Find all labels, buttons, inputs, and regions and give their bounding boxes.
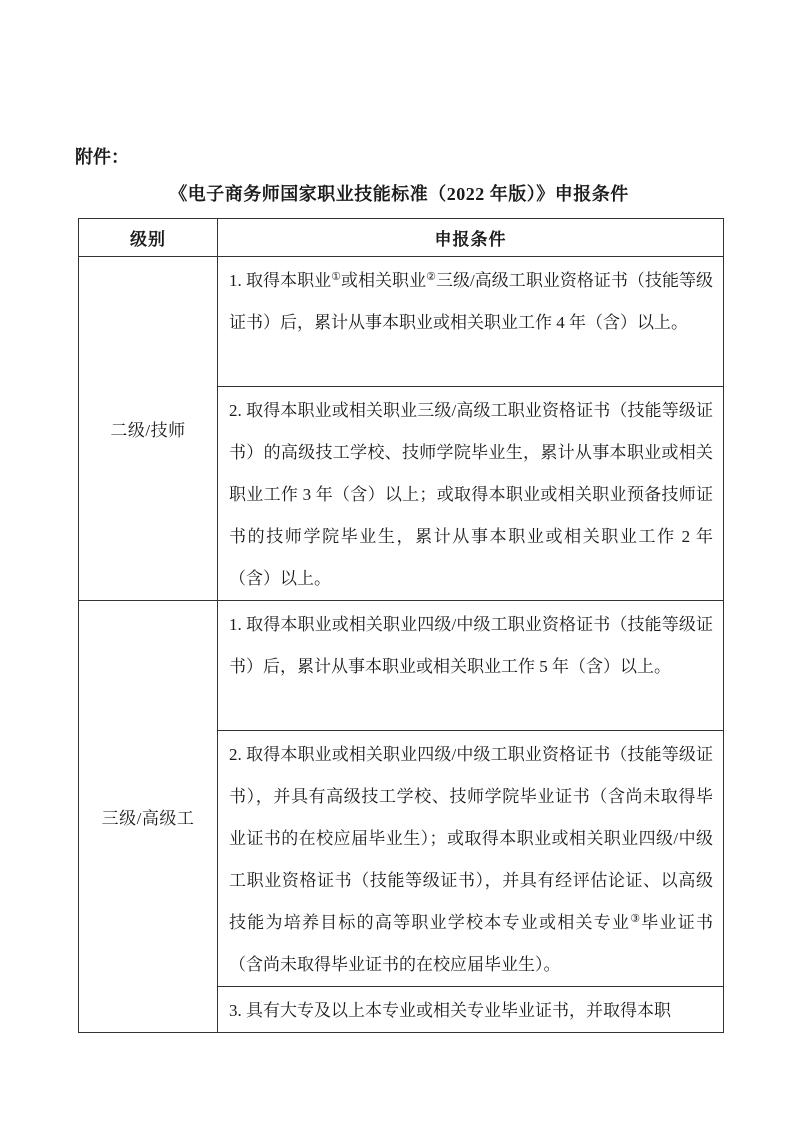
level-cell-level2-technician: 二级/技师 xyxy=(79,257,218,601)
table-header-row: 级别 申报条件 xyxy=(79,219,724,257)
document-page: 附件： 《电子商务师国家职业技能标准（2022 年版）》申报条件 级别 申报条件… xyxy=(0,0,800,1131)
condition-cell-level3-item1: 1. 取得本职业或相关职业四级/中级工职业资格证书（技能等级证书）后，累计从事本… xyxy=(218,601,724,731)
table-row: 二级/技师 1. 取得本职业①或相关职业②三级/高级工职业资格证书（技能等级证书… xyxy=(79,257,724,387)
condition-cell-level2-item2: 2. 取得本职业或相关职业三级/高级工职业资格证书（技能等级证书）的高级技工学校… xyxy=(218,387,724,601)
condition-cell-level3-item2: 2. 取得本职业或相关职业四级/中级工职业资格证书（技能等级证书），并具有高级技… xyxy=(218,731,724,987)
level-cell-level3-senior-worker: 三级/高级工 xyxy=(79,601,218,1033)
column-header-conditions: 申报条件 xyxy=(218,219,724,257)
column-header-level: 级别 xyxy=(79,219,218,257)
condition-cell-level3-item3-clipped: 3. 具有大专及以上本专业或相关专业毕业证书，并取得本职 xyxy=(218,987,724,1033)
attachment-label: 附件： xyxy=(75,146,723,168)
document-title: 《电子商务师国家职业技能标准（2022 年版）》申报条件 xyxy=(75,183,723,205)
table-row: 三级/高级工 1. 取得本职业或相关职业四级/中级工职业资格证书（技能等级证书）… xyxy=(79,601,724,731)
condition-cell-level2-item1: 1. 取得本职业①或相关职业②三级/高级工职业资格证书（技能等级证书）后，累计从… xyxy=(218,257,724,387)
conditions-table: 级别 申报条件 二级/技师 1. 取得本职业①或相关职业②三级/高级工职业资格证… xyxy=(78,218,724,1033)
